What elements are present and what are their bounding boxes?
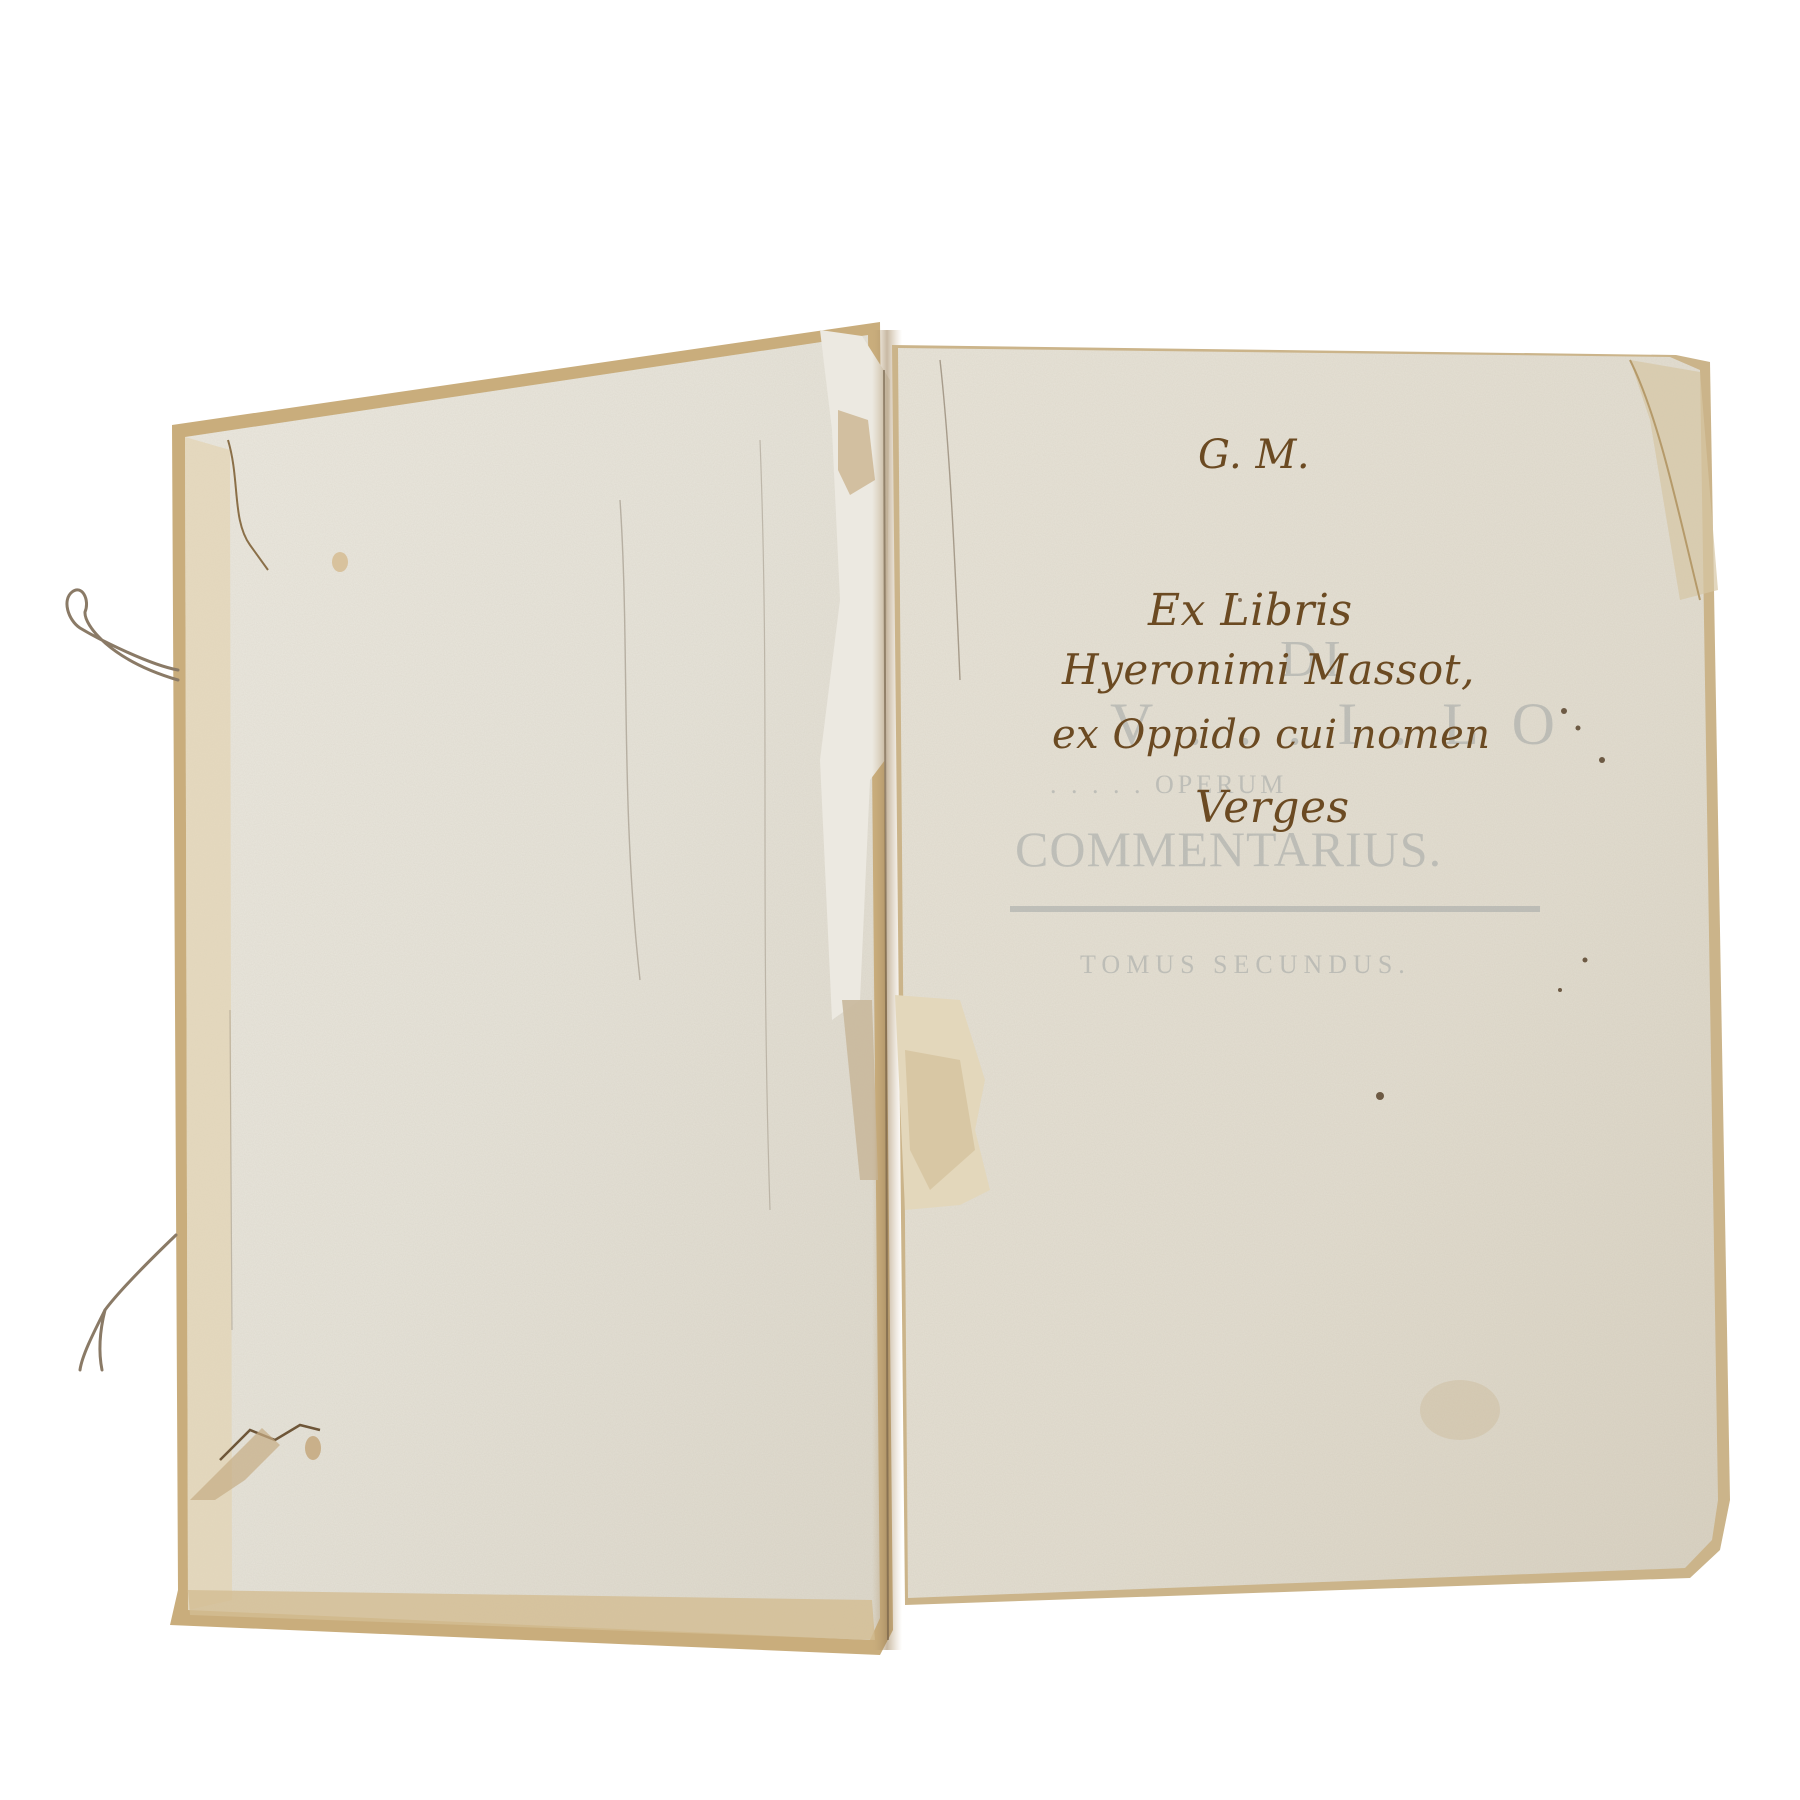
book-illustration	[0, 0, 1800, 1800]
inscription-line-2: Hyeronimi Massot,	[1062, 645, 1475, 694]
left-cover	[170, 322, 893, 1655]
inscription-initials: G. M.	[1198, 432, 1310, 478]
string-ties	[67, 590, 178, 1370]
book-photo: DI V . . . I . L O . . . . . OPERUM COMM…	[0, 0, 1800, 1800]
show-through-rule	[1010, 906, 1540, 912]
inscription-line-3: ex Oppido cui nomen	[1052, 712, 1491, 758]
show-through-line-5: TOMUS SECUNDUS.	[1080, 950, 1411, 980]
inscription-line-1: Ex Libris	[1148, 585, 1353, 636]
inscription-line-4: Verges	[1195, 782, 1350, 833]
